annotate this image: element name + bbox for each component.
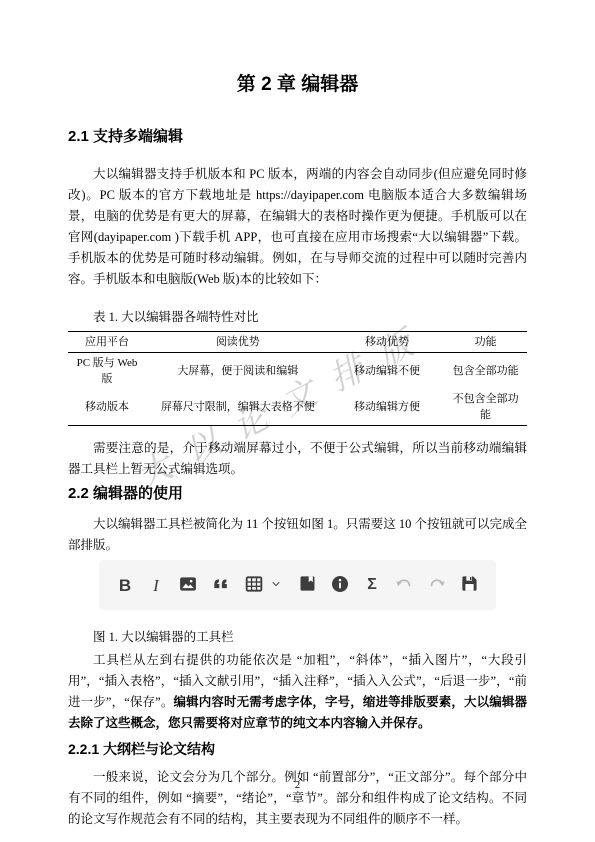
paragraph: 大以编辑器支持手机版本和 PC 版本，两端的内容会自动同步(但应避免同时修改)。… <box>68 164 527 290</box>
section-heading-2-1: 2.1 支持多端编辑 <box>68 127 527 147</box>
redo-button[interactable] <box>427 573 447 597</box>
table-options-button[interactable] <box>267 573 285 597</box>
section-heading-2-2: 2.2 编辑器的使用 <box>68 484 527 504</box>
paragraph: 需要注意的是，介于移动端屏幕过小，不便于公式编辑，所以当前移动端编辑器工具栏上暂… <box>68 438 527 480</box>
italic-icon: I <box>153 577 159 594</box>
table-row: 移动版本 屏幕尺寸限制，编辑大表格不便 移动编辑方便 不包含全部功能 <box>68 389 527 426</box>
table-row: PC 版与 Web 版 大屏幕，便于阅读和编辑 移动编辑不便 包含全部功能 <box>68 353 527 390</box>
table-button-group <box>244 573 285 597</box>
book-icon <box>298 574 317 596</box>
bold-button[interactable]: B <box>116 573 134 597</box>
insert-note-button[interactable] <box>330 573 350 597</box>
table-cell: 移动编辑不便 <box>330 353 445 390</box>
paragraph: 大以编辑器工具栏被简化为 11 个按钮如图 1。只需要这 10 个按钮就可以完成… <box>68 514 527 556</box>
page-content: 第 2 章 编辑器 2.1 支持多端编辑 大以编辑器支持手机版本和 PC 版本，… <box>0 73 595 830</box>
figure-caption: 图 1. 大以编辑器的工具栏 <box>68 627 527 648</box>
undo-button[interactable] <box>394 573 414 597</box>
comparison-table: 应用平台 阅读优势 移动优势 功能 PC 版与 Web 版 大屏幕，便于阅读和编… <box>68 331 527 426</box>
editor-toolbar-figure: B I <box>99 560 496 610</box>
insert-table-button[interactable] <box>244 573 264 597</box>
quote-icon <box>211 574 231 597</box>
table-icon <box>244 574 264 597</box>
table-cell: 大屏幕，便于阅读和编辑 <box>146 353 330 390</box>
table-header-row: 应用平台 阅读优势 移动优势 功能 <box>68 332 527 353</box>
info-icon <box>330 574 350 597</box>
table-header-cell: 功能 <box>444 332 527 353</box>
insert-formula-button[interactable]: Σ <box>363 573 381 597</box>
insert-image-button[interactable] <box>178 573 198 597</box>
section-heading-2-2-1: 2.2.1 大纲栏与论文结构 <box>68 740 527 759</box>
save-button[interactable] <box>460 573 479 597</box>
save-icon <box>460 574 479 596</box>
undo-icon <box>394 574 414 597</box>
sigma-icon: Σ <box>367 577 377 593</box>
insert-citation-button[interactable] <box>298 573 317 597</box>
table-cell: 移动版本 <box>68 389 146 426</box>
table-cell: 包含全部功能 <box>444 353 527 390</box>
table-header-cell: 阅读优势 <box>146 332 330 353</box>
table-cell: 移动编辑方便 <box>330 389 445 426</box>
document-page: { "page": { "number": "2", "watermark": … <box>0 0 595 842</box>
table-caption: 表 1. 大以编辑器各端特性对比 <box>68 307 527 328</box>
paragraph: 一般来说，论文会分为几个部分。例如 “前置部分”，“正文部分”。每个部分中有不同… <box>68 767 527 830</box>
chevron-down-icon <box>270 578 282 593</box>
table-cell: 不包含全部功能 <box>444 389 527 426</box>
image-icon <box>178 574 198 597</box>
page-number: 2 <box>0 780 595 791</box>
chapter-title: 第 2 章 编辑器 <box>68 73 527 97</box>
paragraph: 工具栏从左到右提供的功能依次是 “加粗”，“斜体”，“插入图片”，“大段引用”，… <box>68 650 527 734</box>
italic-button[interactable]: I <box>147 573 165 597</box>
bold-icon: B <box>119 577 131 594</box>
table-cell: 屏幕尺寸限制，编辑大表格不便 <box>146 389 330 426</box>
table-cell: PC 版与 Web 版 <box>68 353 146 390</box>
table-header-cell: 应用平台 <box>68 332 146 353</box>
blockquote-button[interactable] <box>211 573 231 597</box>
table-header-cell: 移动优势 <box>330 332 445 353</box>
redo-icon <box>427 574 447 597</box>
